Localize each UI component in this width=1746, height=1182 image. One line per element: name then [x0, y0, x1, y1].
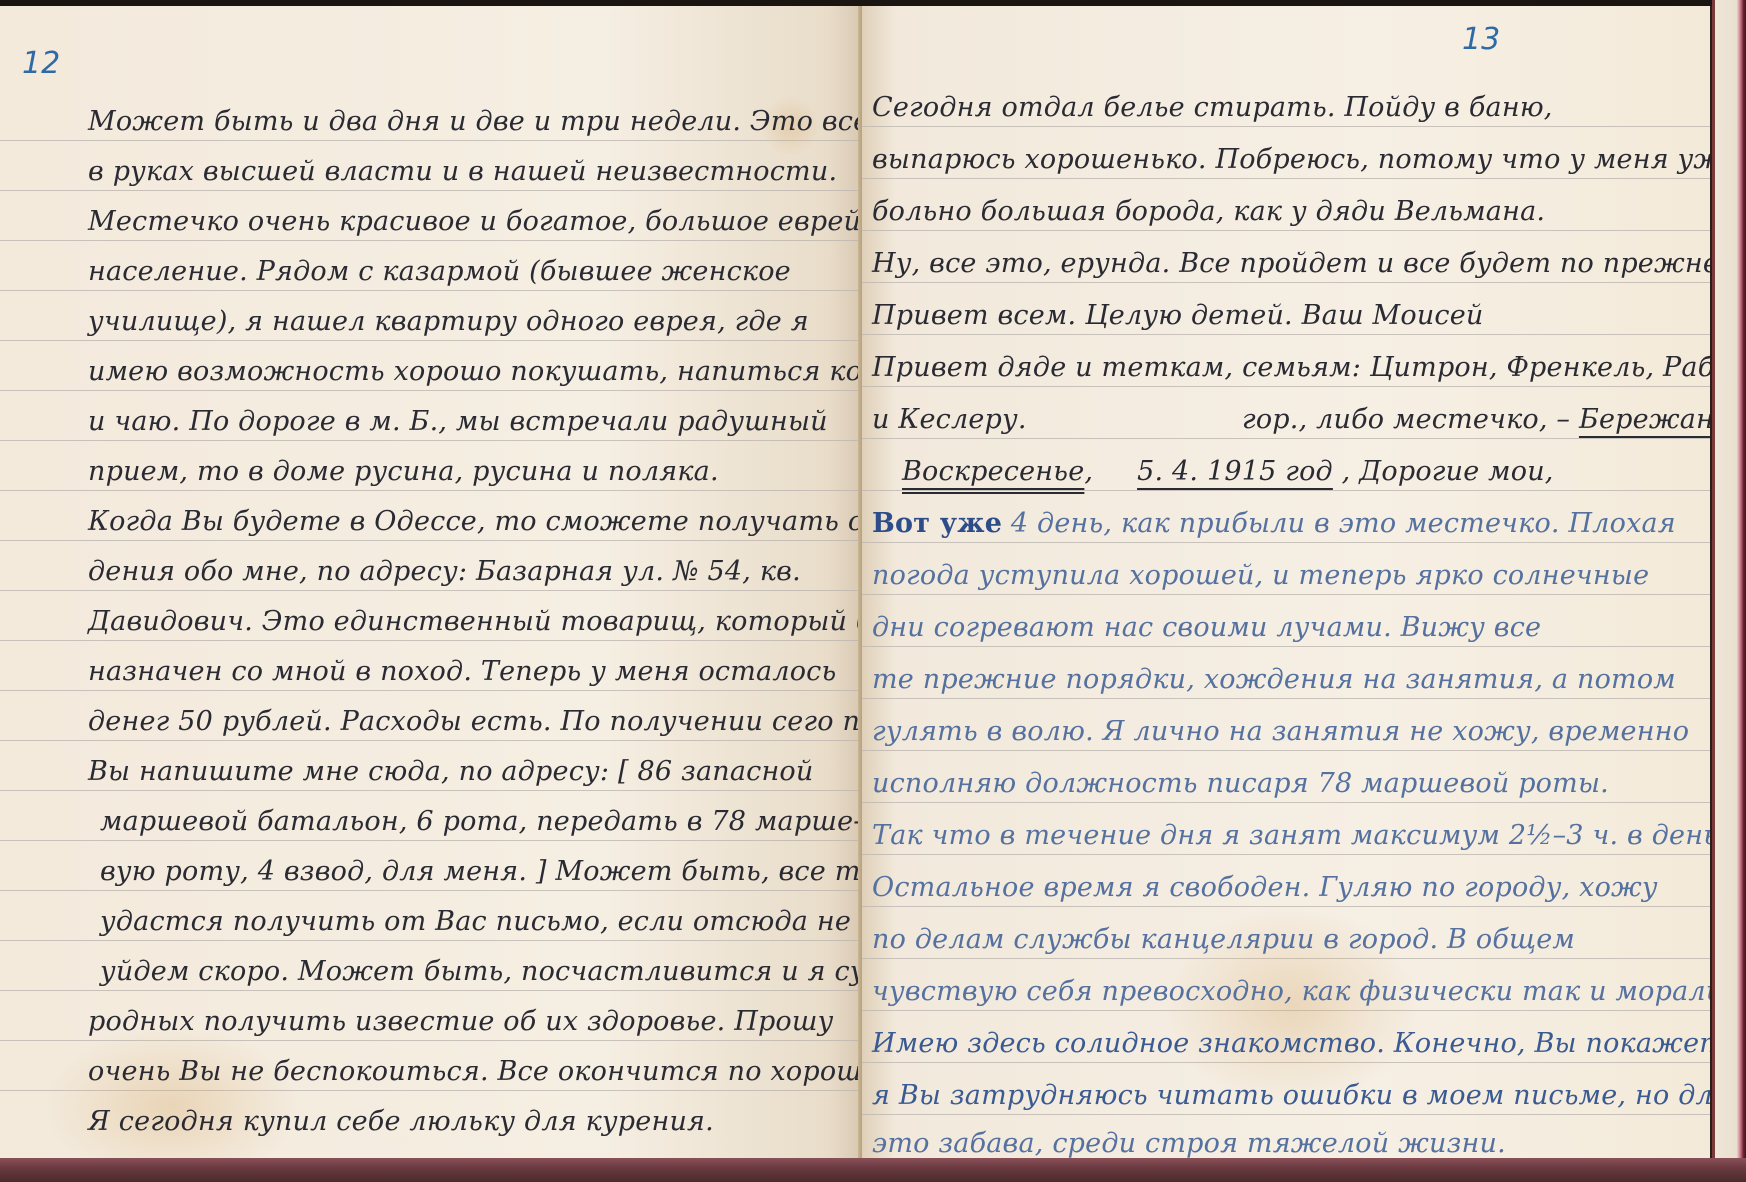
ruled-line: [862, 178, 1710, 179]
ruled-line: [862, 490, 1710, 491]
date-heading: Воскресенье, 5. 4. 1915 год , Дорогие мо…: [902, 456, 1554, 487]
handwritten-line: дения обо мне, по адресу: Базарная ул. №…: [88, 556, 801, 587]
ruled-line: [0, 640, 862, 641]
ruled-line: [862, 230, 1710, 231]
handwritten-line: маршевой батальон, 6 рота, передать в 78…: [100, 806, 862, 837]
right-page: 13 Сегодня отдал белье стирать. Пойду в …: [862, 6, 1710, 1158]
handwritten-line: это забава, среди строя тяжелой жизни.: [872, 1128, 1506, 1158]
ruled-line: [862, 386, 1710, 387]
handwritten-line: исполняю должность писаря 78 маршевой ро…: [872, 768, 1609, 799]
page-number: 12: [22, 46, 60, 81]
handwritten-line: чувствую себя превосходно, как физически…: [872, 976, 1710, 1007]
handwritten-line: Я сегодня купил себе люльку для курения.: [88, 1106, 714, 1137]
handwritten-line: удастся получить от Вас письмо, если отс…: [100, 906, 851, 937]
handwritten-line: те прежние порядки, хождения на занятия,…: [872, 664, 1676, 695]
notebook-cover-edge: [1715, 0, 1746, 1158]
handwritten-line: Может быть и два дня и две и три недели.…: [88, 106, 862, 137]
ruled-line: [862, 542, 1710, 543]
place-prefix: гор., либо местечко, –: [1242, 404, 1570, 435]
ruled-line: [862, 438, 1710, 439]
handwritten-line: в руках высшей власти и в нашей неизвест…: [88, 156, 837, 187]
page-number: 13: [1462, 22, 1500, 57]
notebook-bottom-edge: [0, 1158, 1746, 1182]
handwritten-line: очень Вы не беспокоиться. Все окончится …: [88, 1056, 862, 1087]
handwritten-line: Привет всем. Целую детей. Ваш Моисей: [872, 300, 1484, 331]
handwritten-line: Имею здесь солидное знакомство. Конечно,…: [872, 1028, 1710, 1059]
ruled-line: [0, 440, 862, 441]
ruled-line: [0, 140, 862, 141]
handwritten-line: уйдем скоро. Может быть, посчастливится …: [100, 956, 862, 987]
ruled-line: [862, 646, 1710, 647]
ruled-line: [862, 802, 1710, 803]
handwritten-line: имею возможность хорошо покушать, напить…: [88, 356, 862, 387]
ruled-line: [0, 690, 862, 691]
ruled-line: [0, 240, 862, 241]
handwritten-line: и чаю. По дороге в м. Б., мы встречали р…: [88, 406, 828, 437]
paper-stain: [40, 1026, 300, 1158]
handwritten-line: погода уступила хорошей, и теперь ярко с…: [872, 560, 1649, 591]
handwritten-line: Когда Вы будете в Одессе, то сможете пол…: [88, 506, 862, 537]
handwritten-line: Вы напишите мне сюда, по адресу: [ 86 за…: [88, 756, 813, 787]
ruled-line: [862, 750, 1710, 751]
ruled-line: [0, 390, 862, 391]
handwritten-line: родных получить известие об их здоровье.…: [88, 1006, 834, 1037]
handwritten-line: Местечко очень красивое и богатое, больш…: [88, 206, 862, 237]
ruled-line: [862, 334, 1710, 335]
salutation: , Дорогие мои,: [1342, 456, 1554, 487]
handwritten-line: Ну, все это, ерунда. Все пройдет и все б…: [872, 248, 1710, 279]
ruled-line: [862, 698, 1710, 699]
ruled-line: [0, 340, 862, 341]
ruled-line: [0, 490, 862, 491]
ruled-line: [862, 854, 1710, 855]
handwritten-line: назначен со мной в поход. Теперь у меня …: [88, 656, 836, 687]
handwritten-line: училище), я нашел квартиру одного еврея,…: [88, 306, 809, 337]
handwritten-line: Привет дяде и теткам, семьям: Цитрон, Фр…: [872, 352, 1710, 383]
handwritten-line: дни согревают нас своими лучами. Вижу вс…: [872, 612, 1541, 643]
handwritten-line: я Вы затрудняюсь читать ошибки в моем пи…: [872, 1080, 1710, 1111]
left-page: 12 Может быть и два дня и две и три неде…: [0, 6, 862, 1158]
ruled-line: [0, 940, 862, 941]
ruled-line: [0, 790, 862, 791]
open-notebook: 12 Может быть и два дня и две и три неде…: [0, 0, 1746, 1182]
handwritten-line: прием, то в доме русина, русина и поляка…: [88, 456, 719, 487]
place-name: Бережаны: [1579, 404, 1710, 435]
line-text: 4 день, как прибыли в это местечко. Плох…: [1011, 508, 1676, 539]
ruled-line: [0, 740, 862, 741]
handwritten-line: гор., либо местечко, – Бережаны: [1242, 404, 1710, 435]
handwritten-line: Сегодня отдал белье стирать. Пойду в бан…: [872, 92, 1553, 123]
handwritten-line: вую роту, 4 взвод, для меня. ] Может быт…: [100, 856, 862, 887]
ruled-line: [862, 1114, 1710, 1115]
weekday: Воскресенье: [902, 456, 1084, 487]
date: 5. 4. 1915 год: [1137, 456, 1333, 487]
ruled-line: [862, 594, 1710, 595]
ruled-line: [862, 282, 1710, 283]
handwritten-line: по делам службы канцелярии в город. В об…: [872, 924, 1575, 955]
handwritten-line: гулять в волю. Я лично на занятия не хож…: [872, 716, 1689, 747]
ruled-line: [0, 190, 862, 191]
ruled-line: [0, 540, 862, 541]
ruled-line: [862, 126, 1710, 127]
ruled-line: [0, 890, 862, 891]
handwritten-line: Остальное время я свободен. Гуляю по гор…: [872, 872, 1658, 903]
intro-words: Вот уже: [872, 508, 1002, 539]
ruled-line: [0, 990, 862, 991]
handwritten-line: Давидович. Это единственный товарищ, кот…: [88, 606, 862, 637]
handwritten-line: население. Рядом с казармой (бывшее женс…: [88, 256, 791, 287]
ruled-line: [0, 840, 862, 841]
handwritten-line: выпарюсь хорошенько. Побреюсь, потому чт…: [872, 144, 1710, 175]
handwritten-line: больно большая борода, как у дяди Вельма…: [872, 196, 1545, 227]
handwritten-line: Вот уже 4 день, как прибыли в это местеч…: [872, 508, 1676, 539]
handwritten-line: и Кеслеру.: [872, 404, 1027, 435]
handwritten-line: Так что в течение дня я занят максимум 2…: [872, 820, 1710, 851]
ruled-line: [0, 590, 862, 591]
handwritten-line: денег 50 рублей. Расходы есть. По получе…: [88, 706, 862, 737]
ruled-line: [0, 290, 862, 291]
